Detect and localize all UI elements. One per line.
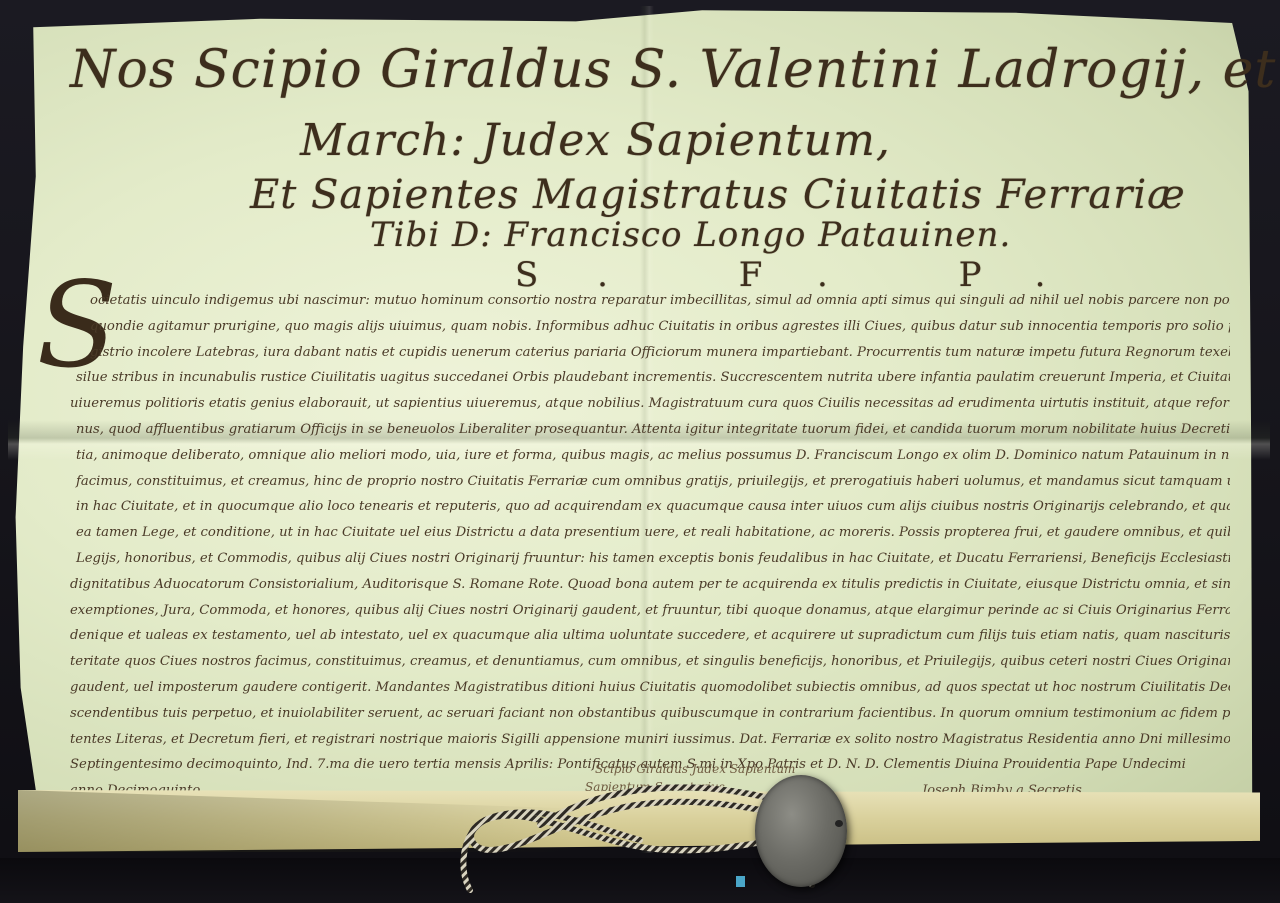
color-reference-swatch bbox=[736, 876, 745, 887]
seal-cord-hole bbox=[835, 820, 843, 827]
pendant-lead-seal-icon bbox=[755, 775, 847, 887]
